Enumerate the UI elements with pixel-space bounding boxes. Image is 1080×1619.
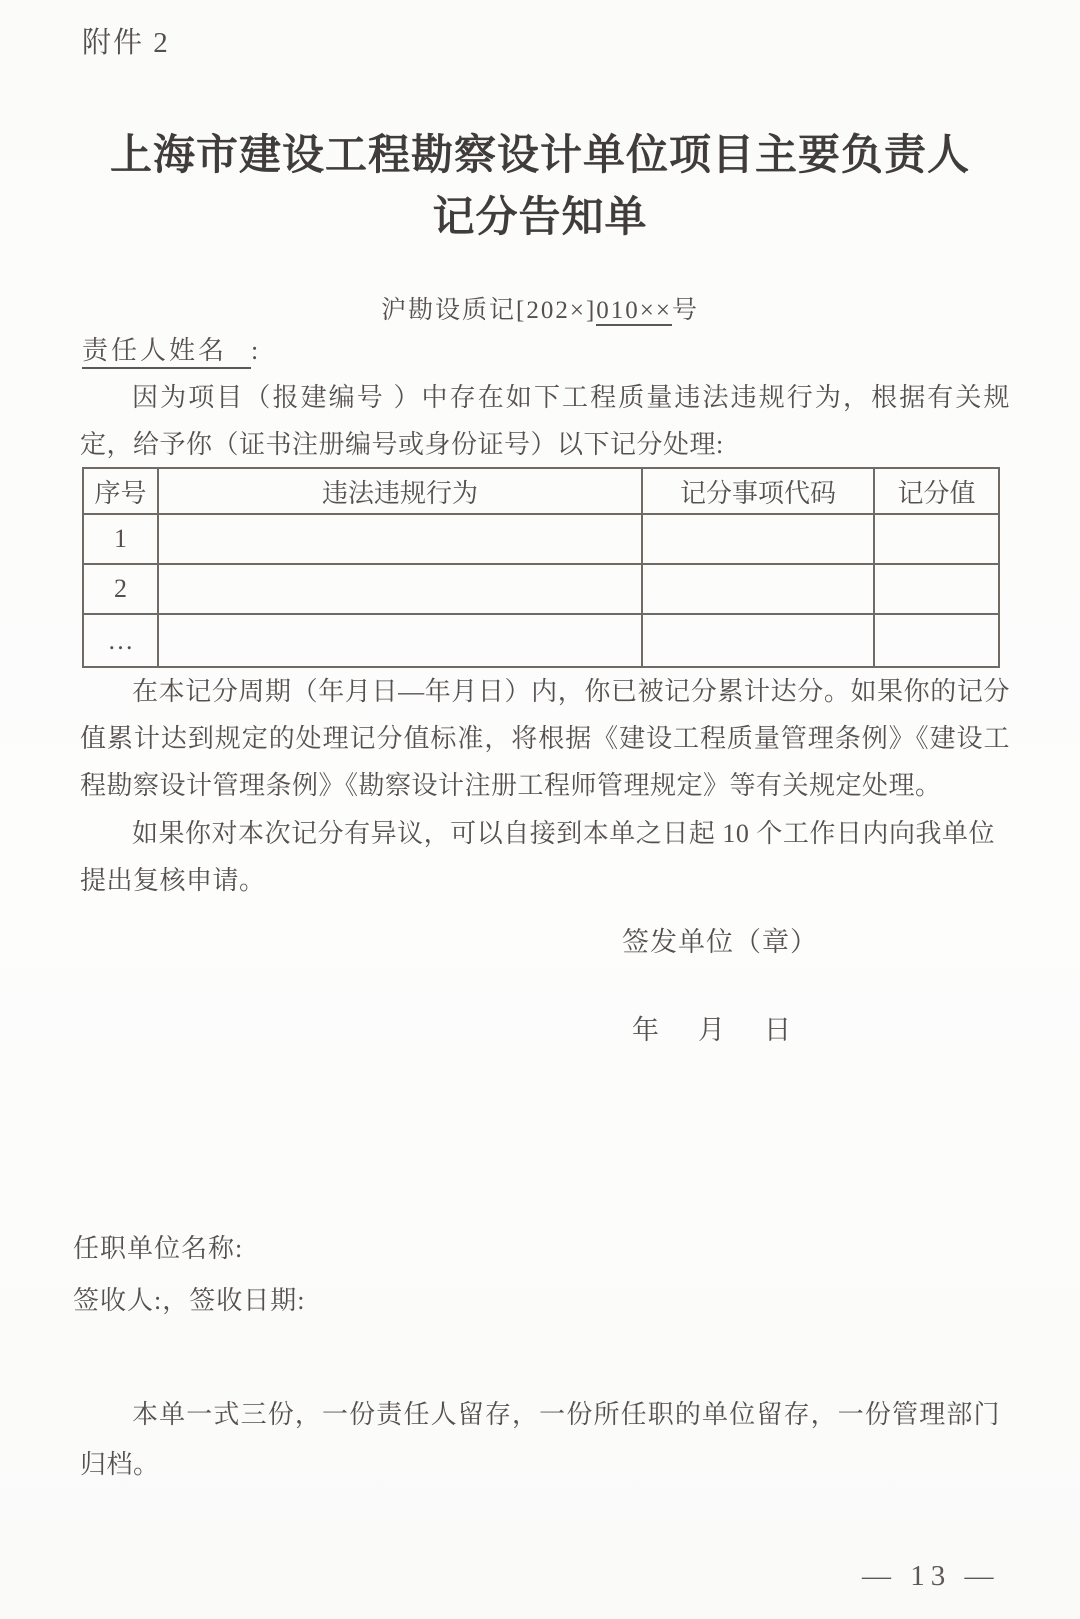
reference-number: 沪勘设质记[202×]010××号 — [0, 290, 1080, 326]
cell-scoring-item-code — [642, 564, 874, 614]
intro-paragraph: 因为项目（报建编号 ）中存在如下工程质量违法违规行为，根据有关规定，给予你（证书… — [80, 374, 1010, 468]
reference-suffix: 号 — [672, 297, 699, 324]
reference-serial: 010×× — [596, 297, 672, 326]
reference-prefix: 沪勘设质记[202×] — [381, 297, 596, 324]
header-seq-no: 序号 — [83, 468, 158, 514]
title-line-1: 上海市建设工程勘察设计单位项目主要负责人 — [0, 124, 1080, 186]
cell-violation-behavior — [158, 564, 642, 614]
header-violation-behavior: 违法违规行为 — [158, 468, 642, 514]
header-score-value: 记分值 — [874, 468, 999, 514]
appeal-paragraph: 如果你对本次记分有异议，可以自接到本单之日起 10 个工作日内向我单位提出复核申… — [80, 810, 995, 904]
cell-violation-behavior — [158, 614, 642, 667]
document-title: 上海市建设工程勘察设计单位项目主要负责人 记分告知单 — [0, 124, 1080, 248]
copies-distribution-paragraph: 本单一式三份，一份责任人留存，一份所任职的单位留存，一份管理部门归档。 — [80, 1390, 1000, 1490]
cell-scoring-item-code — [642, 614, 874, 667]
table-row: … — [83, 614, 999, 667]
issue-date-line: 年 月 日 — [632, 1008, 797, 1047]
responsible-person-colon: : — [251, 336, 261, 365]
scoring-table: 序号 违法违规行为 记分事项代码 记分值 1 2 … — [82, 467, 1000, 668]
document-page: 附件 2 上海市建设工程勘察设计单位项目主要负责人 记分告知单 沪勘设质记[20… — [0, 0, 1080, 1619]
responsible-person-label: 责任人姓名 — [82, 336, 251, 369]
cell-score-value — [874, 514, 999, 564]
employer-name-label: 任职单位名称: — [73, 1228, 243, 1265]
cell-score-value — [874, 614, 999, 667]
attachment-label: 附件 2 — [82, 20, 170, 61]
scoring-cycle-paragraph: 在本记分周期（年月日—年月日）内，你已被记分累计达分。如果你的记分值累计达到规定… — [80, 668, 1010, 809]
table-row: 1 — [83, 514, 999, 564]
issuing-unit-seal-label: 签发单位（章） — [622, 920, 818, 959]
responsible-person-line: 责任人姓名: — [82, 330, 261, 367]
cell-seq-no: 1 — [83, 514, 158, 564]
cell-scoring-item-code — [642, 514, 874, 564]
receipt-signer-line: 签收人:，签收日期: — [73, 1280, 305, 1317]
cell-score-value — [874, 564, 999, 614]
table-header-row: 序号 违法违规行为 记分事项代码 记分值 — [83, 468, 999, 514]
page-number: — 13 — — [862, 1560, 1000, 1593]
cell-seq-no: … — [83, 614, 158, 667]
table-row: 2 — [83, 564, 999, 614]
cell-seq-no: 2 — [83, 564, 158, 614]
header-scoring-item-code: 记分事项代码 — [642, 468, 874, 514]
cell-violation-behavior — [158, 514, 642, 564]
title-line-2: 记分告知单 — [0, 186, 1080, 248]
